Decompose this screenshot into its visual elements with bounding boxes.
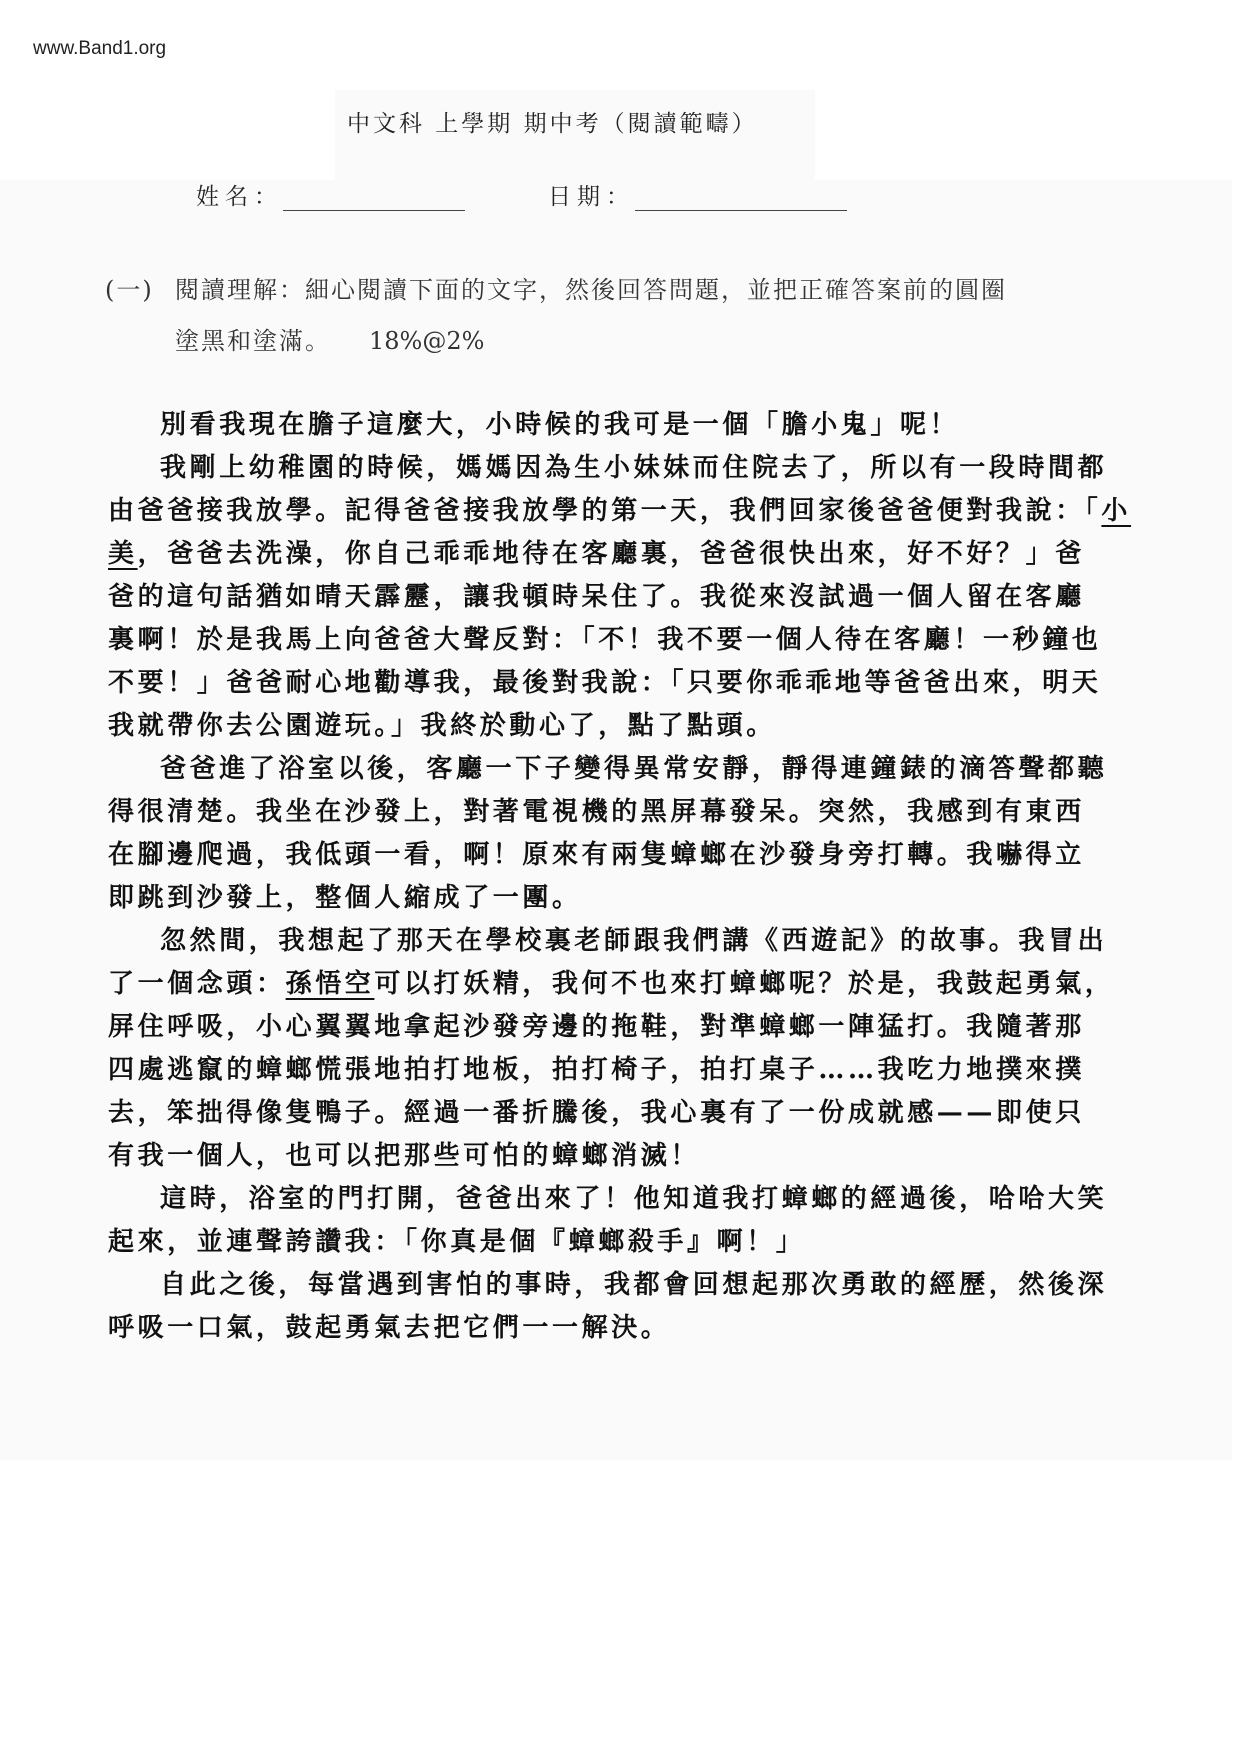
underlined-name-part: 小 <box>1101 496 1131 526</box>
passage-text: ，爸爸去洗澡，你自己乖乖地待在客廳裏，爸爸很快出來，好不好？」爸 <box>138 539 1085 569</box>
watermark: www.Band1.org <box>33 38 166 60</box>
date-field: 日期： <box>548 178 847 211</box>
passage-line: 四處逃竄的蟑螂慌張地拍打地板，拍打椅子，拍打桌子……我吃力地撲來撲 <box>56 1049 1130 1092</box>
passage-line: 有我一個人，也可以把那些可怕的蟑螂消滅！ <box>56 1135 1130 1178</box>
name-field: 姓名： <box>196 178 465 211</box>
instruction-line-2: 塗黑和塗滿。 <box>175 327 331 355</box>
passage-line: 即跳到沙發上，整個人縮成了一團。 <box>56 877 1130 920</box>
passage-line: 美，爸爸去洗澡，你自己乖乖地待在客廳裏，爸爸很快出來，好不好？」爸 <box>56 533 1130 576</box>
passage-line: 爸的這句話猶如晴天霹靂，讓我頓時呆住了。我從來沒試過一個人留在客廳 <box>56 576 1130 619</box>
exam-title: 中文科 上學期 期中考（閱讀範疇） <box>347 105 758 138</box>
section-number: (一) <box>105 265 175 316</box>
passage-line: 由爸爸接我放學。記得爸爸接我放學的第一天，我們回家後爸爸便對我說：「小 <box>56 490 1130 533</box>
passage-line: 自此之後，每當遇到害怕的事時，我都會回想起那次勇敢的經歷，然後深 <box>108 1264 1130 1307</box>
passage-line: 不要！」爸爸耐心地勸導我，最後對我說：「只要你乖乖地等爸爸出來，明天 <box>56 662 1130 705</box>
date-blank-line[interactable] <box>635 188 847 211</box>
paragraph-1: 別看我現在膽子這麼大，小時候的我可是一個「膽小鬼」呢！ <box>108 404 1130 447</box>
passage-line: 別看我現在膽子這麼大，小時候的我可是一個「膽小鬼」呢！ <box>108 404 1130 447</box>
underlined-name-part: 美 <box>108 539 138 569</box>
name-blank-line[interactable] <box>283 188 465 211</box>
name-label: 姓名： <box>196 184 283 210</box>
paragraph-5: 這時，浴室的門打開，爸爸出來了！他知道我打蟑螂的經過後，哈哈大笑 起來，並連聲誇… <box>108 1178 1130 1264</box>
passage-line: 呼吸一口氣，鼓起勇氣去把它們一一解決。 <box>56 1307 1130 1350</box>
paragraph-2: 我剛上幼稚園的時候，媽媽因為生小妹妹而住院去了，所以有一段時間都 由爸爸接我放學… <box>108 447 1130 748</box>
paragraph-4: 忽然間，我想起了那天在學校裏老師跟我們講《西遊記》的故事。我冒出 了一個念頭：孫… <box>108 920 1130 1178</box>
paragraph-6: 自此之後，每當遇到害怕的事時，我都會回想起那次勇敢的經歷，然後深 呼吸一口氣，鼓… <box>108 1264 1130 1350</box>
date-label: 日期： <box>548 184 635 210</box>
passage-line: 爸爸進了浴室以後，客廳一下子變得異常安靜，靜得連鐘錶的滴答聲都聽 <box>108 748 1130 791</box>
passage-line: 去，笨拙得像隻鴨子。經過一番折騰後，我心裏有了一份成就感——即使只 <box>56 1092 1130 1135</box>
reading-passage: 別看我現在膽子這麼大，小時候的我可是一個「膽小鬼」呢！ 我剛上幼稚園的時候，媽媽… <box>108 404 1130 1350</box>
passage-line: 我就帶你去公園遊玩。」我終於動心了，點了點頭。 <box>56 705 1130 748</box>
passage-line: 在腳邊爬過，我低頭一看，啊！原來有兩隻蟑螂在沙發身旁打轉。我嚇得立 <box>56 834 1130 877</box>
instruction-line-1: 閱讀理解：細心閱讀下面的文字，然後回答問題，並把正確答案前的圓圈 <box>175 276 1007 304</box>
paragraph-3: 爸爸進了浴室以後，客廳一下子變得異常安靜，靜得連鐘錶的滴答聲都聽 得很清楚。我坐… <box>108 748 1130 920</box>
passage-line: 起來，並連聲誇讚我：「你真是個『蟑螂殺手』啊！」 <box>56 1221 1130 1264</box>
passage-line: 了一個念頭：孫悟空可以打妖精，我何不也來打蟑螂呢？於是，我鼓起勇氣， <box>56 963 1130 1006</box>
passage-text: 可以打妖精，我何不也來打蟑螂呢？於是，我鼓起勇氣， <box>374 969 1114 999</box>
passage-line: 裏啊！於是我馬上向爸爸大聲反對：「不！我不要一個人待在客廳！一秒鐘也 <box>56 619 1130 662</box>
passage-line: 這時，浴室的門打開，爸爸出來了！他知道我打蟑螂的經過後，哈哈大笑 <box>108 1178 1130 1221</box>
passage-line: 忽然間，我想起了那天在學校裏老師跟我們講《西遊記》的故事。我冒出 <box>108 920 1130 963</box>
passage-line: 我剛上幼稚園的時候，媽媽因為生小妹妹而住院去了，所以有一段時間都 <box>108 447 1130 490</box>
score-weight: 18%@2% <box>369 327 484 355</box>
underlined-name: 孫悟空 <box>286 969 375 999</box>
passage-text: 了一個念頭： <box>108 969 286 999</box>
section-instruction: (一)閱讀理解：細心閱讀下面的文字，然後回答問題，並把正確答案前的圓圈 塗黑和塗… <box>105 265 1145 367</box>
passage-line: 得很清楚。我坐在沙發上，對著電視機的黑屏幕發呆。突然，我感到有東西 <box>56 791 1130 834</box>
passage-line: 屏住呼吸，小心翼翼地拿起沙發旁邊的拖鞋，對準蟑螂一陣猛打。我隨著那 <box>56 1006 1130 1049</box>
passage-text: 由爸爸接我放學。記得爸爸接我放學的第一天，我們回家後爸爸便對我說：「 <box>108 496 1101 526</box>
